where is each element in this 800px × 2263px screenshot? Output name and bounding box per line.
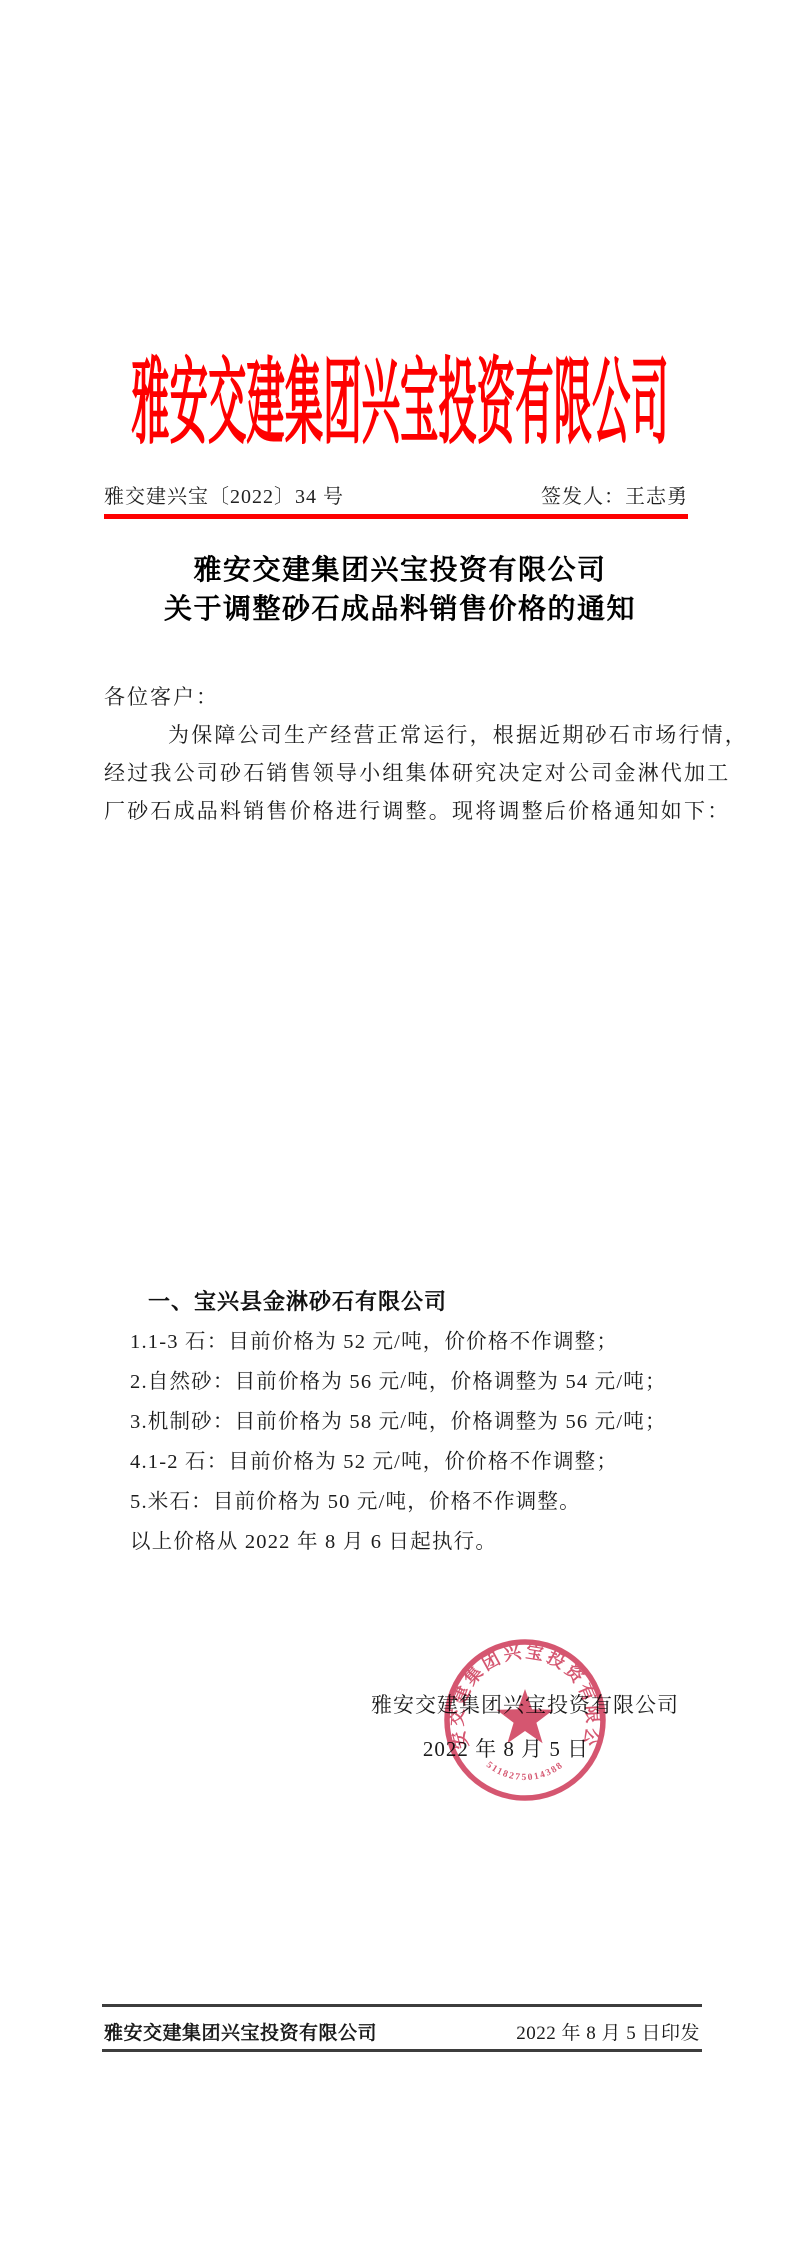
document-page: 雅安交建集团兴宝投资有限公司 雅交建兴宝〔2022〕34 号 签发人：王志勇 雅… xyxy=(0,0,800,2263)
body-paragraph-line: 厂砂石成品料销售价格进行调整。现将调整后价格通知如下： xyxy=(104,795,714,825)
doc-number: 雅交建兴宝〔2022〕34 号 xyxy=(104,480,344,509)
salutation: 各位客户： xyxy=(104,681,219,711)
footer-company: 雅安交建集团兴宝投资有限公司 xyxy=(104,2018,377,2045)
effective-date-note: 以上价格从 2022 年 8 月 6 日起执行。 xyxy=(130,1524,710,1554)
price-list-item: 5.米石：目前价格为 50 元/吨，价格不作调整。 xyxy=(130,1484,710,1514)
footer-rule-top xyxy=(102,2004,702,2007)
price-list-item: 4.1-2 石：目前价格为 52 元/吨，价价格不作调整； xyxy=(130,1444,710,1474)
doc-title-line2: 关于调整砂石成品料销售价格的通知 xyxy=(0,590,800,629)
footer-row: 雅安交建集团兴宝投资有限公司 2022 年 8 月 5 日印发 xyxy=(104,2018,700,2045)
doc-number-row: 雅交建兴宝〔2022〕34 号 签发人：王志勇 xyxy=(104,480,688,509)
footer-print-date: 2022 年 8 月 5 日印发 xyxy=(516,2018,700,2045)
red-divider-rule xyxy=(104,514,688,519)
doc-title: 雅安交建集团兴宝投资有限公司 关于调整砂石成品料销售价格的通知 xyxy=(0,551,800,629)
price-list-item: 3.机制砂：目前价格为 58 元/吨，价格调整为 56 元/吨； xyxy=(130,1404,710,1434)
company-seal-stamp: 雅安交建集团兴宝投资有限公司 5118275014388 xyxy=(440,1635,610,1805)
letterhead: 雅安交建集团兴宝投资有限公司 xyxy=(0,338,800,452)
seal-registration-code: 5118275014388 xyxy=(484,1760,566,1783)
issuer: 签发人：王志勇 xyxy=(541,480,688,509)
seal-arc-text: 雅安交建集团兴宝投资有限公司 xyxy=(440,1635,603,1751)
letterhead-company-name: 雅安交建集团兴宝投资有限公司 xyxy=(131,328,669,462)
body-paragraph-line: 经过我公司砂石销售领导小组集体研究决定对公司金淋代加工 xyxy=(104,757,714,787)
section-heading: 一、宝兴县金淋砂石有限公司 xyxy=(148,1285,447,1316)
body-paragraph-line: 为保障公司生产经营正常运行，根据近期砂石市场行情， xyxy=(104,719,714,749)
price-list-item: 2.自然砂：目前价格为 56 元/吨，价格调整为 54 元/吨； xyxy=(130,1364,710,1394)
seal-star-icon xyxy=(497,1689,554,1743)
price-list-item: 1.1-3 石：目前价格为 52 元/吨，价价格不作调整； xyxy=(130,1324,710,1354)
doc-title-line1: 雅安交建集团兴宝投资有限公司 xyxy=(0,551,800,590)
footer-rule-bottom xyxy=(102,2049,702,2052)
